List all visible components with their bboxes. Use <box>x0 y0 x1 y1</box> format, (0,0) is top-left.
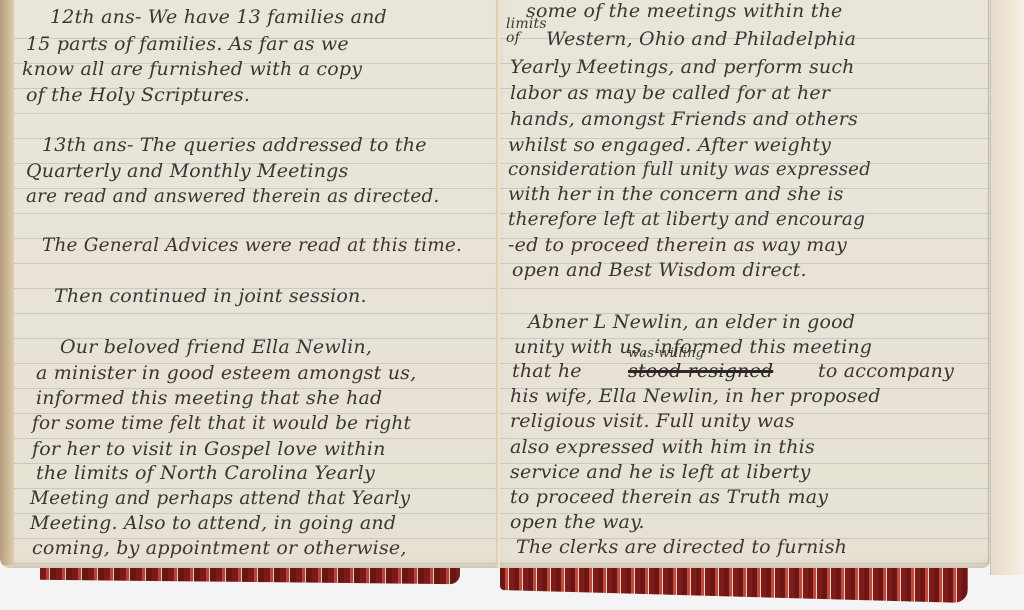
text-line: Meeting. Also to attend, in going and <box>30 512 396 534</box>
text-line: Yearly Meetings, and perform such <box>510 56 855 78</box>
text-line: 12th ans- We have 13 families and <box>50 6 387 28</box>
page-edges-right <box>990 0 1024 575</box>
text-line: 13th ans- The queries addressed to the <box>42 134 427 156</box>
text-line: The clerks are directed to furnish <box>516 536 847 558</box>
text-line: Then continued in joint session. <box>54 285 367 307</box>
text-line: also expressed with him in this <box>510 436 815 458</box>
text-line: a minister in good esteem amongst us, <box>36 362 416 384</box>
text-line: for her to visit in Gospel love within <box>32 438 386 460</box>
text-line: whilst so engaged. After weighty <box>508 134 831 156</box>
right-margin-line <box>988 0 989 568</box>
text-line: know all are furnished with a copy <box>22 58 362 80</box>
text-line: of the Holy Scriptures. <box>26 84 250 106</box>
text-line: religious visit. Full unity was <box>510 410 795 432</box>
text-line: Western, Ohio and Philadelphia <box>546 28 856 50</box>
text-line: that he <box>512 360 582 382</box>
text-line: 15 parts of families. As far as we <box>26 33 349 55</box>
right-page: limits of some of the meetings within th… <box>500 0 990 568</box>
text-line: some of the meetings within the <box>526 0 842 22</box>
text-line: to proceed therein as Truth may <box>510 486 828 508</box>
text-line: open the way. <box>510 511 645 533</box>
text-line: therefore left at liberty and encourag <box>508 208 865 230</box>
text-line: consideration full unity was expressed <box>508 158 871 180</box>
text-line: to accompany <box>818 360 954 382</box>
open-notebook: 12th ans- We have 13 families and 15 par… <box>0 0 1024 610</box>
margin-note-of: of <box>506 32 520 45</box>
page-edges-left <box>0 0 14 565</box>
text-line: coming, by appointment or otherwise, <box>32 537 407 559</box>
text-line: open and Best Wisdom direct. <box>512 259 807 281</box>
text-line: -ed to proceed therein as way may <box>508 234 847 256</box>
text-line: Quarterly and Monthly Meetings <box>26 160 348 182</box>
text-line: the limits of North Carolina Yearly <box>36 462 375 484</box>
text-line: with her in the concern and she is <box>508 183 844 205</box>
text-line: Abner L Newlin, an elder in good <box>528 311 855 333</box>
text-line: are read and answered therein as directe… <box>26 185 439 207</box>
text-line: service and he is left at liberty <box>510 461 811 483</box>
text-line: Meeting and perhaps attend that Yearly <box>30 487 410 509</box>
text-line: his wife, Ella Newlin, in her proposed <box>510 385 881 407</box>
text-line: informed this meeting that she had <box>36 387 382 409</box>
inserted-correction: was willing <box>628 346 704 361</box>
text-line: The General Advices were read at this ti… <box>42 234 462 256</box>
text-line: hands, amongst Friends and others <box>510 108 858 130</box>
text-line: Our beloved friend Ella Newlin, <box>60 336 372 358</box>
struck-text: stood resigned <box>628 360 773 382</box>
text-line: labor as may be called for at her <box>510 82 830 104</box>
left-page: 12th ans- We have 13 families and 15 par… <box>0 0 500 568</box>
text-line: for some time felt that it would be righ… <box>32 412 411 434</box>
